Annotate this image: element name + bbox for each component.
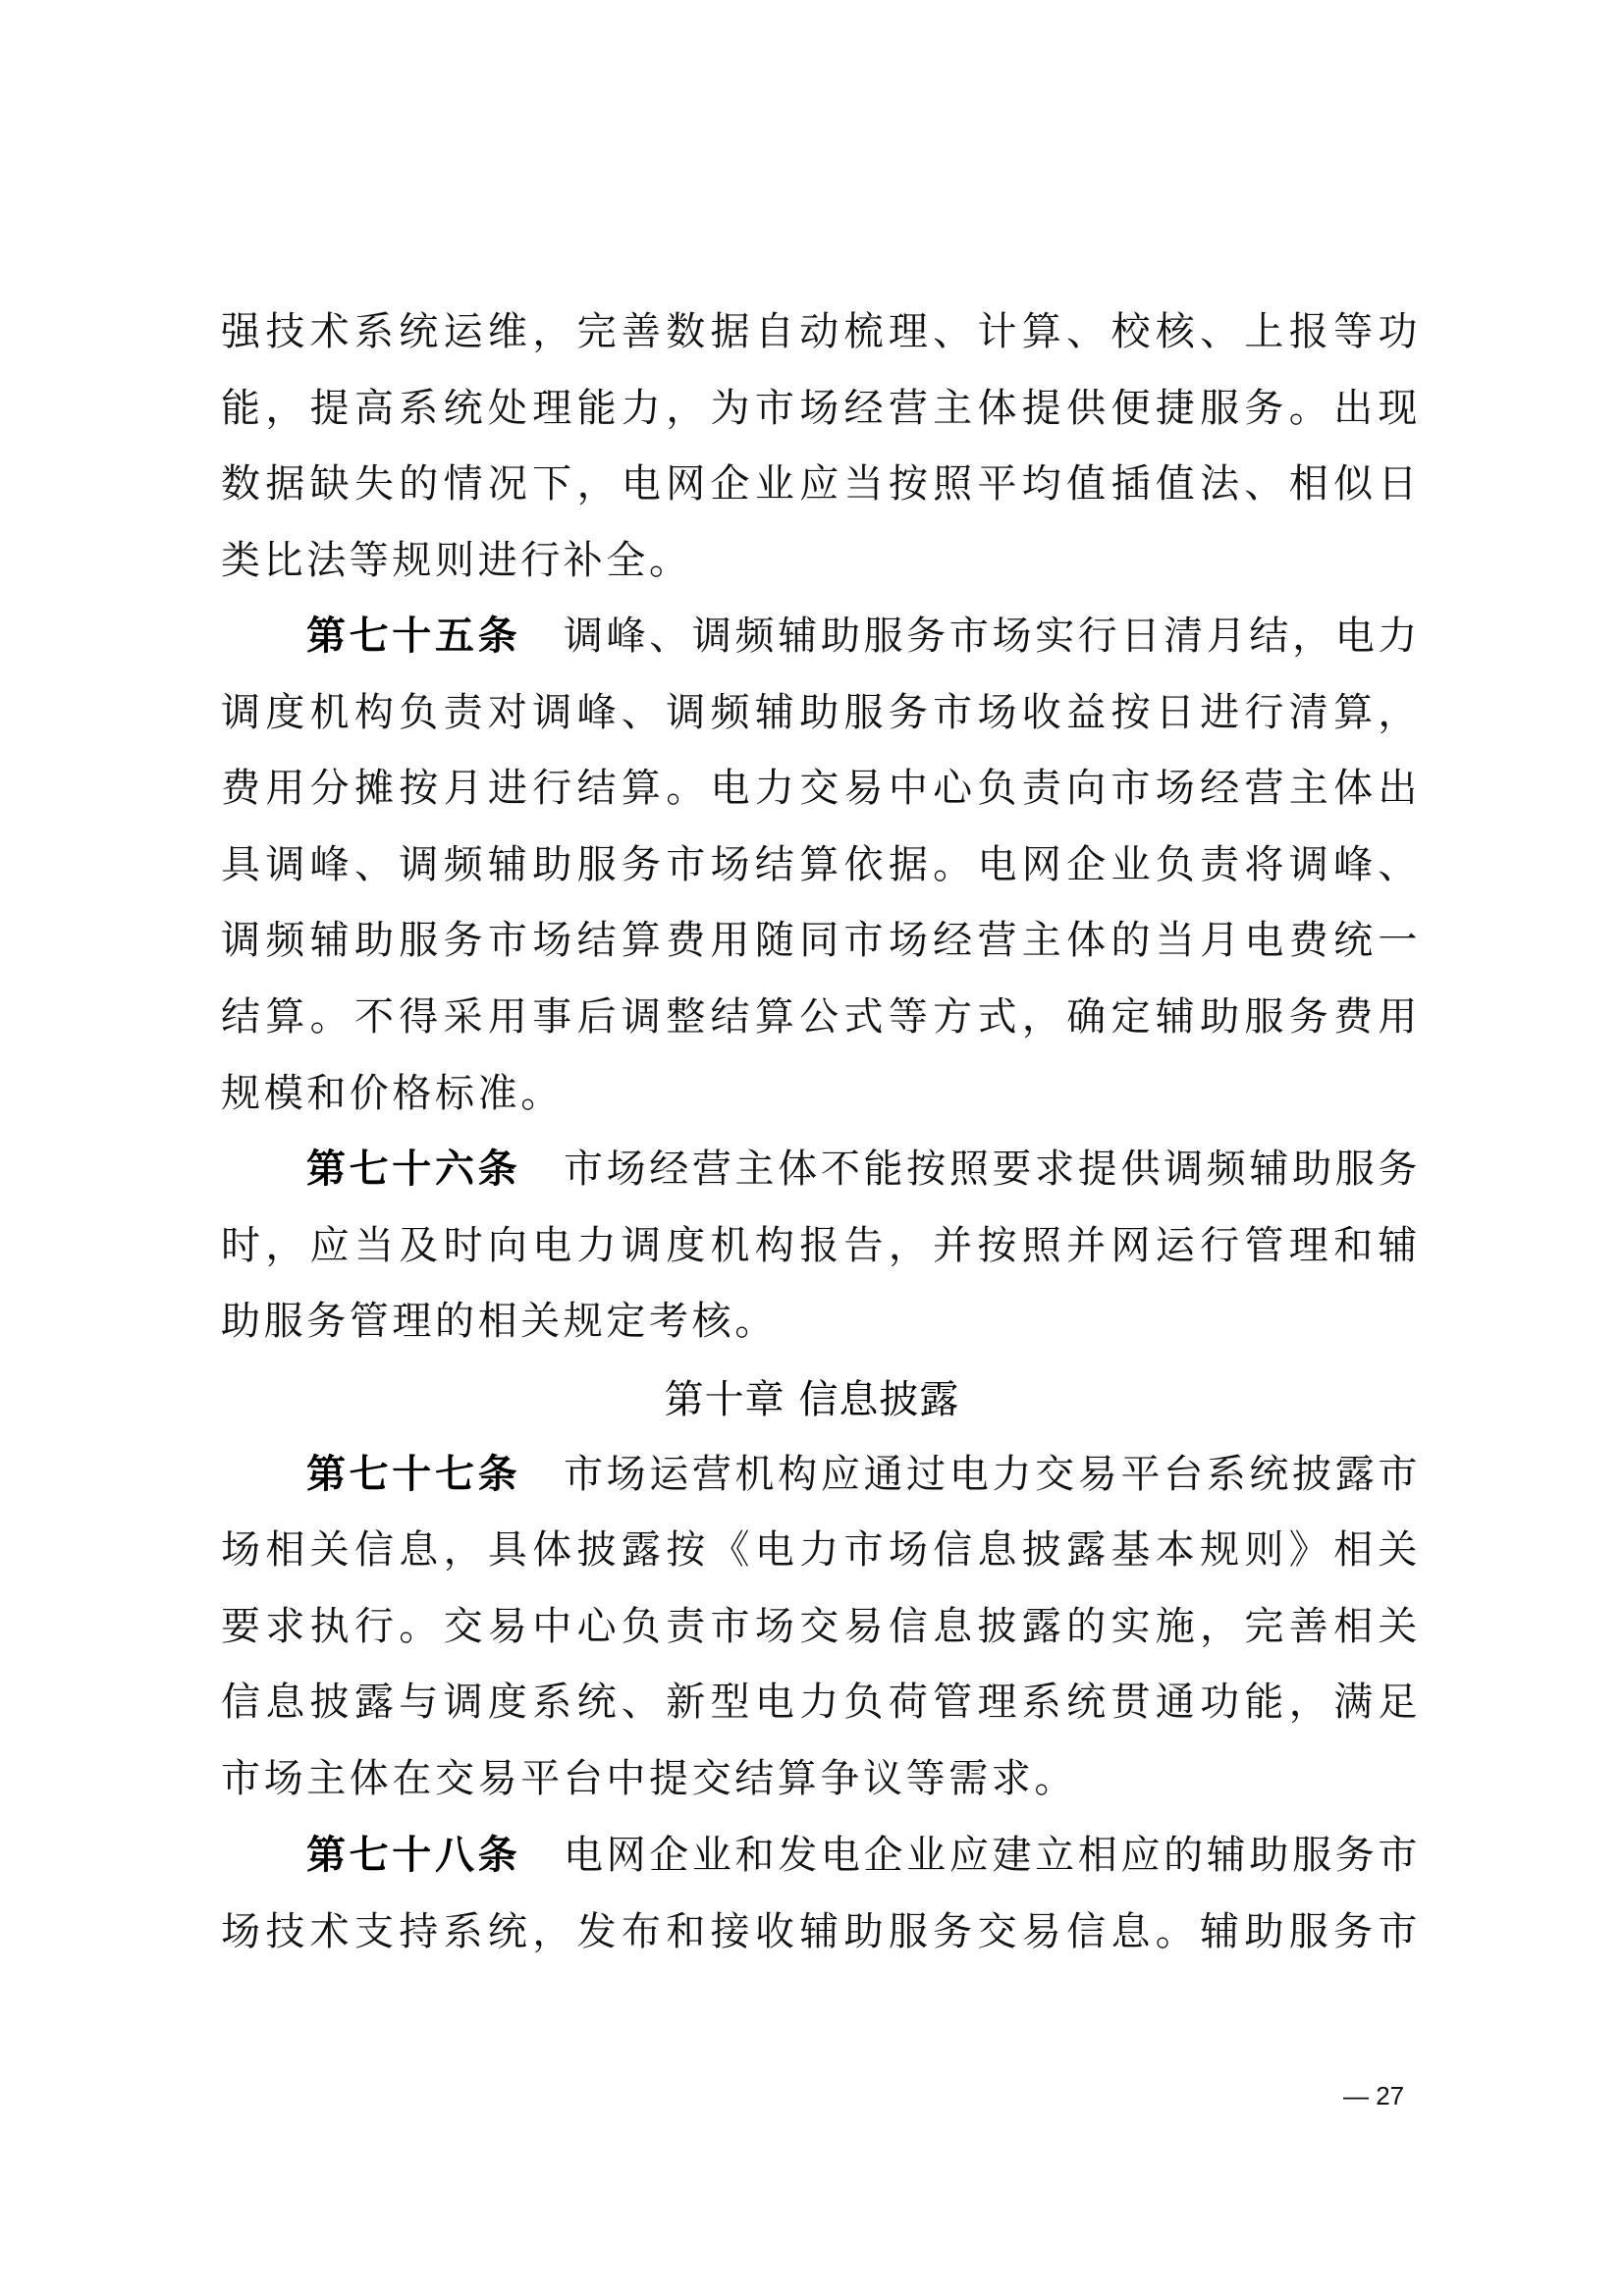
paragraph-text: 市场经营主体不能按照要求提供调频辅助服务 — [564, 1147, 1421, 1192]
paragraph-line: 结算。不得采用事后调整结算公式等方式，确定辅助服务费用 — [221, 997, 1421, 1037]
article-label: 第七十五条 — [306, 614, 520, 659]
paragraph-text: 市场运营机构应通过电力交易平台系统披露市 — [564, 1452, 1421, 1497]
paragraph-line: 场相关信息，具体披露按《电力市场信息披露基本规则》相关 — [221, 1530, 1421, 1570]
article-label: 第七十六条 — [306, 1147, 520, 1192]
paragraph-line: 数据缺失的情况下，电网企业应当按照平均值插值法、相似日 — [221, 464, 1421, 504]
paragraph-line: 时，应当及时向电力调度机构报告，并按照并网运行管理和辅 — [221, 1226, 1421, 1265]
paragraph-line: 调频辅助服务市场结算费用随同市场经营主体的当月电费统一 — [221, 921, 1421, 960]
article-label: 第七十八条 — [306, 1833, 520, 1878]
paragraph-line: 类比法等规则进行补全。 — [221, 541, 1421, 580]
article-label: 第七十七条 — [306, 1452, 520, 1497]
paragraph-text: 电网企业和发电企业应建立相应的辅助服务市 — [564, 1833, 1421, 1878]
document-page: 强技术系统运维，完善数据自动梳理、计算、校核、上报等功 能，提高系统处理能力，为… — [0, 0, 1624, 2296]
paragraph-line: 强技术系统运维，完善数据自动梳理、计算、校核、上报等功 — [221, 312, 1421, 351]
article-78-first-line: 第七十八条 电网企业和发电企业应建立相应的辅助服务市 — [306, 1836, 1421, 1875]
paragraph-line: 费用分摊按月进行结算。电力交易中心负责向市场经营主体出 — [221, 769, 1421, 808]
article-76-first-line: 第七十六条 市场经营主体不能按照要求提供调频辅助服务 — [306, 1149, 1421, 1189]
paragraph-line: 调度机构负责对调峰、调频辅助服务市场收益按日进行清算， — [221, 693, 1421, 732]
paragraph-text: 调峰、调频辅助服务市场实行日清月结，电力 — [564, 614, 1421, 659]
paragraph-line: 要求执行。交易中心负责市场交易信息披露的实施，完善相关 — [221, 1607, 1421, 1646]
paragraph-line: 具调峰、调频辅助服务市场结算依据。电网企业负责将调峰、 — [221, 845, 1421, 884]
paragraph-line: 规模和价格标准。 — [221, 1074, 1421, 1113]
article-77-first-line: 第七十七条 市场运营机构应通过电力交易平台系统披露市 — [306, 1455, 1421, 1494]
paragraph-line: 市场主体在交易平台中提交结算争议等需求。 — [221, 1759, 1421, 1798]
article-75-first-line: 第七十五条 调峰、调频辅助服务市场实行日清月结，电力 — [306, 616, 1421, 656]
page-number: — 27 — [1343, 2081, 1404, 2110]
chapter-heading: 第十章 信息披露 — [0, 1378, 1624, 1421]
paragraph-line: 场技术支持系统，发布和接收辅助服务交易信息。辅助服务市 — [221, 1912, 1421, 1951]
paragraph-line: 信息披露与调度系统、新型电力负荷管理系统贯通功能，满足 — [221, 1682, 1421, 1722]
paragraph-line: 助服务管理的相关规定考核。 — [221, 1302, 1421, 1341]
paragraph-line: 能，提高系统处理能力，为市场经营主体提供便捷服务。出现 — [221, 389, 1421, 428]
